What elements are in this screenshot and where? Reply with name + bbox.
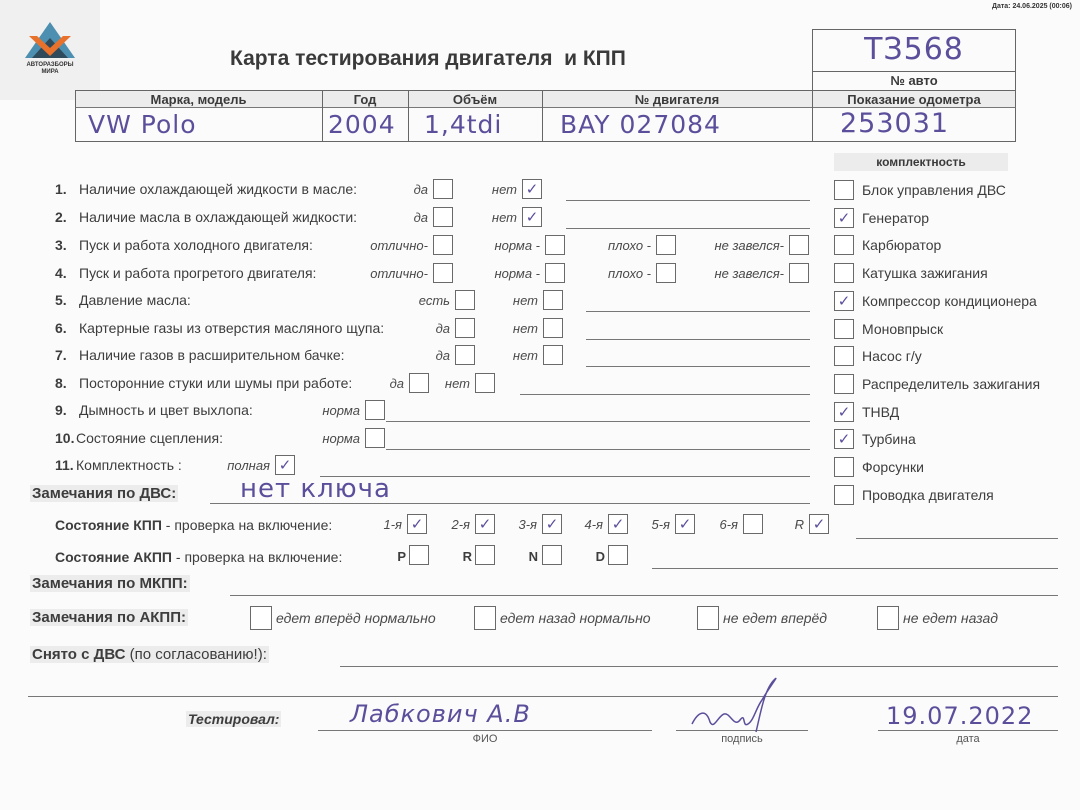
completeness-checkbox[interactable] xyxy=(834,457,854,477)
auto-gear-checkbox[interactable] xyxy=(475,545,495,565)
col-header-engine-number: № двигателя xyxy=(542,92,812,107)
engine-remarks-value[interactable]: нет ключа xyxy=(240,474,391,504)
check-box[interactable] xyxy=(433,263,453,283)
option-label: полная xyxy=(227,458,270,473)
option-label: да xyxy=(436,348,450,363)
option-label: да xyxy=(414,210,428,225)
option-label: нет xyxy=(513,348,538,363)
check-box[interactable] xyxy=(433,207,453,227)
akpp-option-checkbox[interactable] xyxy=(250,606,272,630)
check-number: 1. xyxy=(55,181,67,197)
akpp-option-checkbox[interactable] xyxy=(474,606,496,630)
check-box[interactable] xyxy=(433,235,453,255)
check-number: 6. xyxy=(55,320,67,336)
car-number-value: ТЗ568 xyxy=(812,32,1016,67)
check-box[interactable] xyxy=(409,373,429,393)
page-title: Карта тестирования двигателя и КПП xyxy=(230,47,626,71)
check-label: Наличие масла в охлаждающей жидкости: xyxy=(79,209,357,225)
gear-label: 3-я xyxy=(518,517,537,532)
check-number: 3. xyxy=(55,237,67,253)
gear-label: 6-я xyxy=(719,517,738,532)
engine-number-value: BAY 027084 xyxy=(560,110,721,139)
check-number: 4. xyxy=(55,265,67,281)
check-number: 9. xyxy=(55,402,67,418)
check-label: Пуск и работа прогретого двигателя: xyxy=(79,265,316,281)
check-box[interactable] xyxy=(365,400,385,420)
auto-gear-label: D xyxy=(596,549,605,564)
completeness-checkbox[interactable] xyxy=(834,235,854,255)
completeness-checkbox[interactable] xyxy=(834,485,854,505)
mkpp-remarks-label: Замечания по МКПП: xyxy=(30,575,190,592)
completeness-label: ТНВД xyxy=(862,404,899,420)
removed-label-bold: Снято с ДВС xyxy=(32,646,125,663)
gear-checkbox[interactable]: ✓ xyxy=(809,514,829,534)
manual-gearbox-label: Состояние КПП - проверка на включение: xyxy=(55,517,332,533)
completeness-checkbox[interactable]: ✓ xyxy=(834,429,854,449)
check-box[interactable] xyxy=(543,318,563,338)
check-label: Дымность и цвет выхлопа: xyxy=(79,402,253,418)
check-box[interactable] xyxy=(455,290,475,310)
check-label: Давление масла: xyxy=(79,292,191,308)
check-box[interactable] xyxy=(543,290,563,310)
option-label: да xyxy=(436,321,450,336)
col-header-volume: Объём xyxy=(408,92,542,107)
notes-line[interactable] xyxy=(320,476,810,477)
auto-gear-checkbox[interactable] xyxy=(542,545,562,565)
completeness-label: Блок управления ДВС xyxy=(862,182,1006,198)
completeness-checkbox[interactable] xyxy=(834,180,854,200)
option-label: норма xyxy=(322,403,360,418)
completeness-checkbox[interactable]: ✓ xyxy=(834,291,854,311)
engine-remarks-label: Замечания по ДВС: xyxy=(30,485,178,502)
removed-field[interactable] xyxy=(340,666,1058,667)
print-date: Дата: 24.06.2025 (00:06) xyxy=(992,3,1072,10)
check-box[interactable] xyxy=(789,263,809,283)
option-label: не завелся- xyxy=(714,266,784,281)
completeness-label: Турбина xyxy=(862,431,916,447)
auto-gear-checkbox[interactable] xyxy=(608,545,628,565)
auto-gear-label: R xyxy=(463,549,472,564)
completeness-label: Моновпрыск xyxy=(862,321,943,337)
option-label: да xyxy=(414,182,428,197)
notes-line[interactable] xyxy=(566,200,810,201)
logo-text-line1: АВТОРАЗБОРЫ xyxy=(0,62,100,68)
check-box[interactable] xyxy=(475,373,495,393)
odometer-value: 253031 xyxy=(840,108,949,139)
logo-text-line2: МИРА xyxy=(0,69,100,75)
akpp-option-checkbox[interactable] xyxy=(877,606,899,630)
akpp-remarks-label: Замечания по АКПП: xyxy=(30,609,188,626)
signature-icon xyxy=(684,672,794,742)
auto-gearbox-label-bold: Состояние АКПП xyxy=(55,549,172,565)
notes-line[interactable] xyxy=(586,339,810,340)
check-box[interactable] xyxy=(543,345,563,365)
akpp-option-label: едет вперёд нормально xyxy=(276,610,436,626)
option-label: плохо - xyxy=(608,266,651,281)
date-caption: дата xyxy=(878,733,1058,745)
auto-gearbox-label: Состояние АКПП - проверка на включение: xyxy=(55,549,342,565)
option-label: норма - xyxy=(494,266,540,281)
manual-gearbox-label-rest: - проверка на включение: xyxy=(162,517,332,533)
check-number: 7. xyxy=(55,347,67,363)
gear-label: 5-я xyxy=(651,517,670,532)
gear-label: R xyxy=(795,517,804,532)
completeness-checkbox[interactable]: ✓ xyxy=(834,208,854,228)
option-label: нет xyxy=(513,293,538,308)
check-label: Посторонние стуки или шумы при работе: xyxy=(79,375,352,391)
completeness-checkbox[interactable] xyxy=(834,374,854,394)
check-box[interactable] xyxy=(365,428,385,448)
tested-by-label: Тестировал: xyxy=(186,711,281,727)
completeness-checkbox[interactable] xyxy=(834,263,854,283)
check-label: Комплектность : xyxy=(76,457,182,473)
tester-name-value[interactable]: Лабкович А.В xyxy=(350,700,531,728)
check-label: Состояние сцепления: xyxy=(76,430,223,446)
option-label: норма xyxy=(322,431,360,446)
col-header-year: Год xyxy=(322,92,408,107)
check-number: 2. xyxy=(55,209,67,225)
akpp-option-label: едет назад нормально xyxy=(500,610,651,626)
option-label: нет xyxy=(445,376,470,391)
check-label: Наличие охлаждающей жидкости в масле: xyxy=(79,181,357,197)
logo: АВТОРАЗБОРЫ МИРА xyxy=(0,0,100,100)
notes-line[interactable] xyxy=(566,228,810,229)
check-number: 11. xyxy=(55,457,74,473)
akpp-option-label: не едет вперёд xyxy=(723,610,827,626)
mkpp-remarks-field[interactable] xyxy=(230,595,1058,596)
check-label: Пуск и работа холодного двигателя: xyxy=(79,237,313,253)
akpp-option-label: не едет назад xyxy=(903,610,998,626)
check-box[interactable]: ✓ xyxy=(275,455,295,475)
check-number: 10. xyxy=(55,430,74,446)
auto-gear-label: N xyxy=(529,549,538,564)
auto-gear-checkbox[interactable] xyxy=(409,545,429,565)
option-label: норма - xyxy=(494,238,540,253)
completeness-label: Генератор xyxy=(862,210,929,226)
gear-checkbox[interactable]: ✓ xyxy=(407,514,427,534)
akpp-option-checkbox[interactable] xyxy=(697,606,719,630)
completeness-checkbox[interactable] xyxy=(834,319,854,339)
removed-label-rest: (по согласованию!): xyxy=(125,646,266,663)
volume-value: 1,4tdi xyxy=(424,110,502,139)
check-number: 5. xyxy=(55,292,67,308)
gear-label: 1-я xyxy=(383,517,402,532)
completeness-checkbox[interactable]: ✓ xyxy=(834,402,854,422)
notes-line[interactable] xyxy=(386,449,810,450)
notes-line[interactable] xyxy=(586,366,810,367)
completeness-label: Насос г/у xyxy=(862,348,922,364)
option-label: нет xyxy=(492,210,517,225)
gear-checkbox[interactable] xyxy=(743,514,763,534)
gear-label: 4-я xyxy=(584,517,603,532)
option-label: да xyxy=(390,376,404,391)
completeness-label: Карбюратор xyxy=(862,237,941,253)
option-label: отлично- xyxy=(370,266,428,281)
check-box[interactable]: ✓ xyxy=(522,207,542,227)
option-label: нет xyxy=(492,182,517,197)
removed-label: Снято с ДВС (по согласованию!): xyxy=(30,646,269,663)
notes-line[interactable] xyxy=(520,394,810,395)
check-box[interactable] xyxy=(656,263,676,283)
notes-line[interactable] xyxy=(586,311,810,312)
check-box[interactable] xyxy=(545,235,565,255)
auto-gear-label: P xyxy=(397,549,406,564)
completeness-checkbox[interactable] xyxy=(834,346,854,366)
col-header-make: Марка, модель xyxy=(75,92,322,107)
option-label: есть xyxy=(419,293,450,308)
option-label: отлично- xyxy=(370,238,428,253)
make-model-value: VW Polo xyxy=(88,110,197,139)
tester-name-caption: ФИО xyxy=(318,733,652,745)
col-header-odometer: Показание одометра xyxy=(812,92,1016,107)
completeness-label: Проводка двигателя xyxy=(862,487,994,503)
check-label: Картерные газы из отверстия масляного щу… xyxy=(79,320,384,336)
gear-checkbox[interactable]: ✓ xyxy=(542,514,562,534)
gear-label: 2-я xyxy=(451,517,470,532)
check-label: Наличие газов в расширительном бачке: xyxy=(79,347,345,363)
check-number: 8. xyxy=(55,375,67,391)
option-label: не завелся- xyxy=(714,238,784,253)
check-box[interactable] xyxy=(656,235,676,255)
check-box[interactable] xyxy=(433,179,453,199)
divider xyxy=(28,696,1058,697)
manual-gearbox-label-bold: Состояние КПП xyxy=(55,517,162,533)
option-label: плохо - xyxy=(608,238,651,253)
completeness-label: Форсунки xyxy=(862,459,924,475)
year-value: 2004 xyxy=(328,110,396,139)
completeness-label: Компрессор кондиционера xyxy=(862,293,1037,309)
gear-checkbox[interactable]: ✓ xyxy=(675,514,695,534)
gear-checkbox[interactable]: ✓ xyxy=(475,514,495,534)
completeness-title: комплектность xyxy=(834,153,1008,171)
completeness-label: Распределитель зажигания xyxy=(862,376,1040,392)
signature-caption: подпись xyxy=(676,733,808,745)
completeness-label: Катушка зажигания xyxy=(862,265,988,281)
check-box[interactable] xyxy=(455,318,475,338)
logo-icon xyxy=(25,22,75,62)
check-box[interactable] xyxy=(455,345,475,365)
car-number-label: № авто xyxy=(812,73,1016,88)
check-box[interactable] xyxy=(545,263,565,283)
gear-checkbox[interactable]: ✓ xyxy=(608,514,628,534)
check-box[interactable]: ✓ xyxy=(522,179,542,199)
notes-line[interactable] xyxy=(386,421,810,422)
check-box[interactable] xyxy=(789,235,809,255)
auto-gearbox-label-rest: - проверка на включение: xyxy=(172,549,342,565)
date-value[interactable]: 19.07.2022 xyxy=(886,702,1033,730)
option-label: нет xyxy=(513,321,538,336)
